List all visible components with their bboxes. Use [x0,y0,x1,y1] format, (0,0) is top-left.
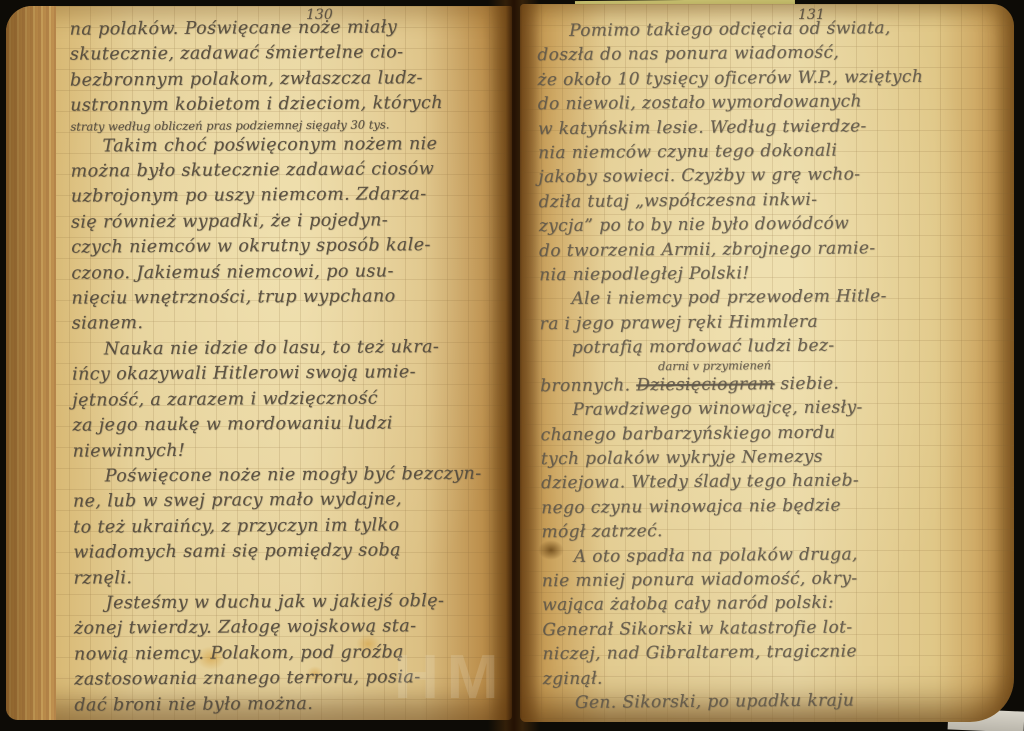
handwritten-line: Jesteśmy w duchu jak w jakiejś oblę- [74,588,512,617]
handwritten-line: Takim choć poświęconym nożem nie [70,131,512,160]
handwritten-line: rznęli. [73,563,512,592]
handwritten-line: można było skutecznie zadawać ciosów [71,156,512,185]
handwritten-text-left: na polaków. Poświęcane noże miałyskutecz… [70,14,512,718]
handwritten-line: niewinnych! [73,436,512,465]
handwritten-line: wiadomych sami się pomiędzy sobą [73,537,512,566]
handwritten-text-right: Pomimo takiego odcięcia od świata,doszła… [537,15,1014,716]
page-number-left: 130 [306,7,333,23]
handwritten-line: czono. Jakiemuś niemcowi, po usu- [71,258,512,287]
handwritten-line: żonej twierdzy. Załogę wojskową sta- [74,614,512,643]
handwritten-line: to też ukraińcy, z przyczyn im tylko [73,512,512,541]
diary-photo: 130 na polaków. Poświęcane noże miałysku… [0,0,1024,731]
handwritten-line: czych niemców w okrutny sposób kale- [71,233,512,262]
handwritten-line: zastosowania znanego terroru, posia- [74,665,512,694]
handwritten-line: Nauka nie idzie do lasu, to też ukra- [72,334,512,363]
handwritten-line: Gen. Sikorski, po upadku kraju [543,687,1014,716]
handwritten-line: ne, lub w swej pracy mało wydajne, [73,487,512,516]
page-number-right: 131 [798,7,825,23]
handwritten-line: Poświęcone noże nie mogły być bezczyn- [73,461,512,490]
handwritten-line: uzbrojonym po uszy niemcom. Zdarza- [71,182,512,211]
handwritten-line: się również wypadki, że i pojedyn- [71,207,512,236]
handwritten-line: skutecznie, zadawać śmiertelne cio- [70,40,512,69]
handwritten-line: jętność, a zarazem i wdzięczność [72,385,512,414]
diary-page-right: 131 Pomimo takiego odcięcia od świata,do… [520,4,1014,722]
handwritten-line: sianem. [72,309,512,338]
handwritten-line: za jego naukę w mordowaniu ludzi [72,410,512,439]
handwritten-line: nięciu wnętrzności, trup wypchano [71,283,512,312]
handwritten-line: bezbronnym polakom, zwłaszcza ludz- [70,65,512,94]
handwritten-line: nowią niemcy. Polakom, pod groźbą [74,639,512,668]
handwritten-line: dać broni nie było można. [74,690,512,719]
handwritten-line: ińcy okazywali Hitlerowi swoją umie- [72,360,512,389]
handwritten-line: ustronnym kobietom i dzieciom, których [70,91,512,120]
page-stack-edge [6,6,56,720]
handwritten-line: na polaków. Poświęcane noże miały [70,14,512,43]
diary-page-left: 130 na polaków. Poświęcane noże miałysku… [6,6,512,720]
